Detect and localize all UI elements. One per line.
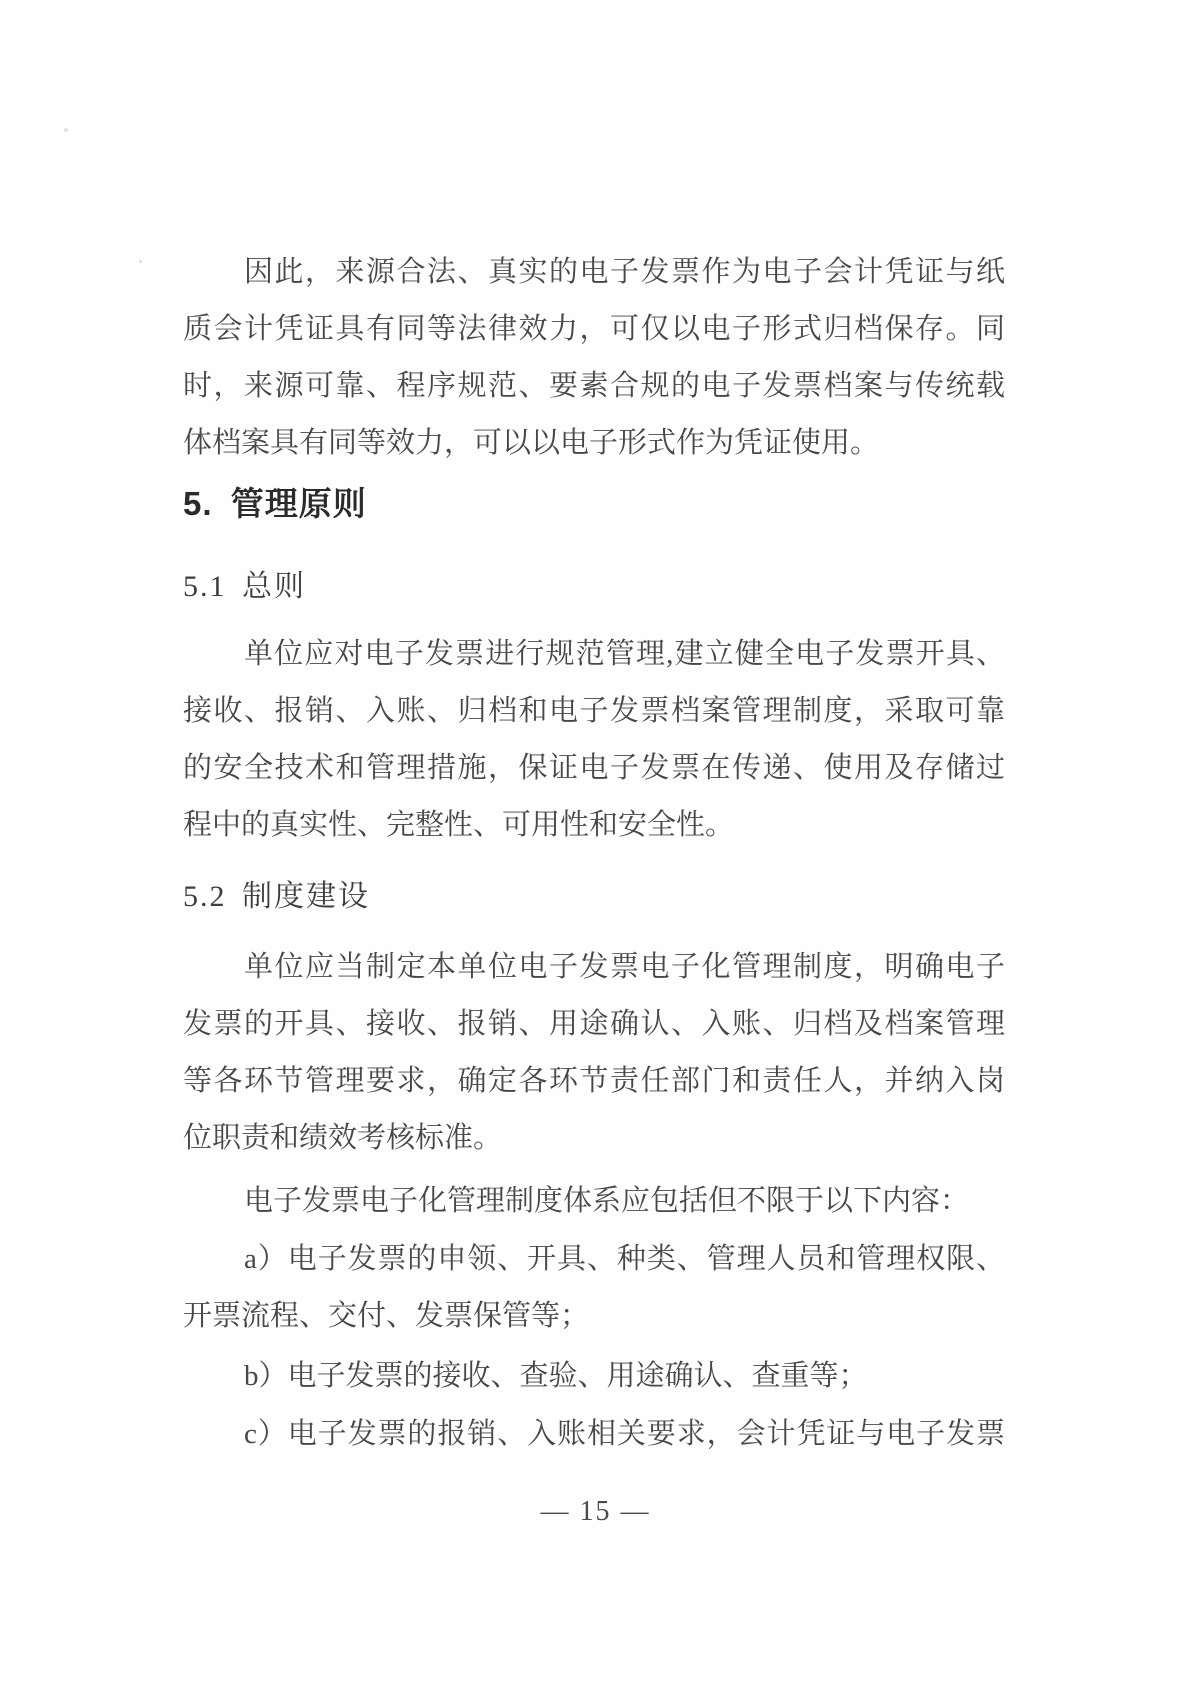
- paragraph-line: 质会计凭证具有同等法律效力，可仅以电子形式归档保存。同: [183, 301, 1005, 358]
- list-item-c: c）电子发票的报销、入账相关要求，会计凭证与电子发票: [183, 1406, 1005, 1463]
- paragraph-line: 发票的开具、接收、报销、用途确认、入账、归档及档案管理: [183, 996, 1005, 1053]
- list-item-line: 开票流程、交付、发票保管等；: [183, 1288, 1005, 1345]
- scan-speck: [139, 260, 142, 263]
- paragraph-system-intro: 电子发票电子化管理制度体系应包括但不限于以下内容：: [183, 1173, 1005, 1230]
- paragraph-line: 接收、报销、入账、归档和电子发票档案管理制度，采取可靠: [183, 683, 1005, 740]
- list-item-line: c）电子发票的报销、入账相关要求，会计凭证与电子发票: [183, 1406, 1005, 1463]
- paragraph-line: 体档案具有同等效力，可以以电子形式作为凭证使用。: [183, 415, 1005, 472]
- paragraph-line: 单位应当制定本单位电子发票电子化管理制度，明确电子: [183, 939, 1005, 996]
- list-item-a: a）电子发票的申领、开具、种类、管理人员和管理权限、 开票流程、交付、发票保管等…: [183, 1231, 1005, 1345]
- paragraph-line: 位职责和绩效考核标准。: [183, 1110, 1005, 1167]
- paragraph-line: 因此，来源合法、真实的电子发票作为电子会计凭证与纸: [183, 244, 1005, 301]
- list-item-line: b）电子发票的接收、查验、用途确认、查重等；: [183, 1348, 1005, 1405]
- subsection-heading-5-1: 5.1 总则: [183, 558, 306, 615]
- paragraph-line: 时，来源可靠、程序规范、要素合规的电子发票档案与传统载: [183, 358, 1005, 415]
- list-item-line: a）电子发票的申领、开具、种类、管理人员和管理权限、: [183, 1231, 1005, 1288]
- paragraph-line: 等各环节管理要求，确定各环节责任部门和责任人，并纳入岗: [183, 1053, 1005, 1110]
- section-heading-5: 5. 管理原则: [183, 475, 367, 532]
- paragraph-5-1: 单位应对电子发票进行规范管理,建立健全电子发票开具、 接收、报销、入账、归档和电…: [183, 626, 1005, 854]
- scan-speck: [64, 128, 68, 132]
- page-number: — 15 —: [0, 1492, 1191, 1532]
- paragraph-line: 单位应对电子发票进行规范管理,建立健全电子发票开具、: [183, 626, 1005, 683]
- list-item-b: b）电子发票的接收、查验、用途确认、查重等；: [183, 1348, 1005, 1405]
- document-page: 因此，来源合法、真实的电子发票作为电子会计凭证与纸 质会计凭证具有同等法律效力，…: [0, 0, 1191, 1684]
- paragraph-5-2: 单位应当制定本单位电子发票电子化管理制度，明确电子 发票的开具、接收、报销、用途…: [183, 939, 1005, 1167]
- subsection-heading-5-2: 5.2 制度建设: [183, 868, 370, 925]
- intro-paragraph: 因此，来源合法、真实的电子发票作为电子会计凭证与纸 质会计凭证具有同等法律效力，…: [183, 244, 1005, 472]
- paragraph-line: 程中的真实性、完整性、可用性和安全性。: [183, 797, 1005, 854]
- paragraph-line: 的安全技术和管理措施，保证电子发票在传递、使用及存储过: [183, 740, 1005, 797]
- paragraph-line: 电子发票电子化管理制度体系应包括但不限于以下内容：: [183, 1173, 1005, 1230]
